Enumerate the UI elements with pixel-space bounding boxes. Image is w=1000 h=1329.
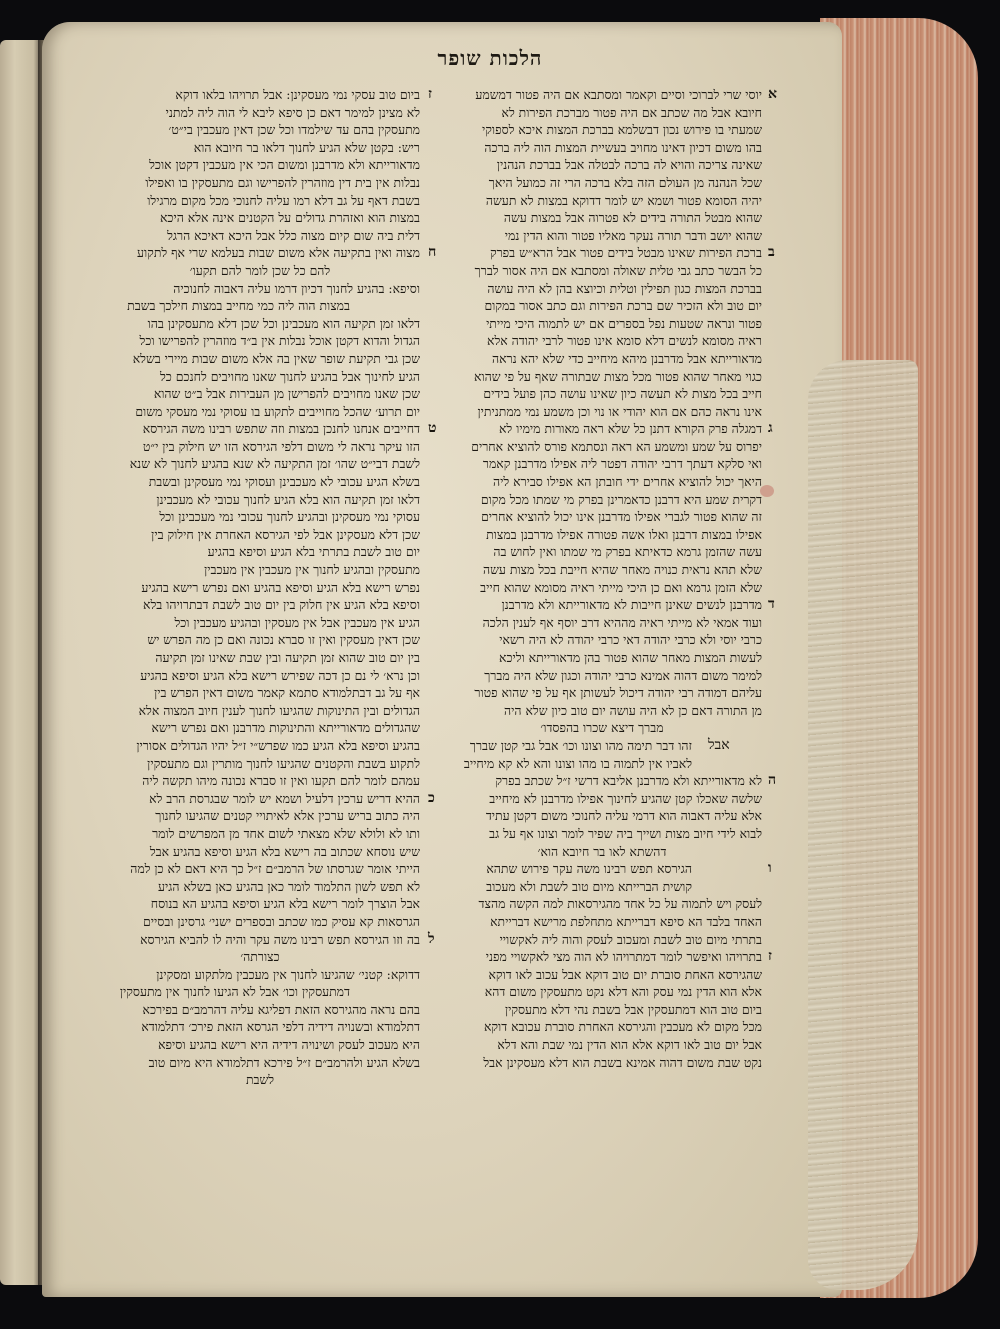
text-line: דמתעסקין וכו׳ אבל לא הגיעו לחנוך אין מתע… [100, 983, 420, 1001]
text-line: שלשה שאכלו קטן שהגיע לחינוך אפילו מדרבנן… [442, 790, 762, 808]
section-marker: ח [428, 244, 436, 261]
text-line: עשה שהזמן גרמא כדאיתא בפרק מי שמתו ואין … [442, 543, 762, 561]
text-line: שכן גבי תקיעת שופר שאין בה אלא משום שבות… [100, 350, 420, 368]
text-line: נפרש רישא בלא הגיע וסיפא בהגיע ואם נפרש … [100, 579, 420, 597]
text-line: לא תפש לשון התלמוד לומר כאן בהגיע כאן בש… [100, 878, 420, 896]
text-line: שכן דלא מעסקינן אבל לפי הגירסא האחרת אין… [100, 526, 420, 544]
text-line: בתרויהו ואיפשר לומר דמתרויהו לא הוה מצי … [442, 948, 762, 966]
section-marker: ה [768, 772, 776, 789]
text-line: לבוא לידי חיוב מצות ושייך ביה שפיר לומר … [442, 825, 762, 843]
text-line: מדרבנן לנשים שאינן חייבות לא מדאורייתא ו… [442, 596, 762, 614]
text-line: שכל הנהנה מן העולם הזה בלא ברכה הרי זה כ… [442, 174, 762, 192]
text-line: דלית ביה שום קיום מצוה כלל אבל היכא דאיכ… [100, 227, 420, 245]
text-line: ותו לא ולולא שלא מצאתי לשום אחד מן המפרש… [100, 825, 420, 843]
text-line: כגוי מאחר שהוא פטור מכל מצות שבתורה שאף … [442, 368, 762, 386]
text-line: בין יום טוב שהוא זמן תקיעה ובין שבת שאינ… [100, 649, 420, 667]
text-line: בשבת דאף על גב דלא רמו עליה לחנוכי מכל מ… [100, 192, 420, 210]
text-line: שלא תהא נראית כנויה מאחר שהיא חייבת בכל … [442, 561, 762, 579]
text-line: נקט שבת משום דהוה אמינא בשבת הוא דלא מעס… [442, 1054, 762, 1072]
text-column-right: יוסי שרי לברוכי וסיים וקאמר ומסתבא אם הי… [442, 86, 762, 1071]
text-line: אלא הוא הדין נמי עסק והא דלא נקט מתעסקין… [442, 983, 762, 1001]
text-line: מכל מקום לא מעכבין והגירסא האחרת סוברת ע… [442, 1018, 762, 1036]
text-line: עמהם לומר להם תקעו ואין זו סברא נכונה מי… [100, 772, 420, 790]
text-line: דהשתא לאו בר חיובא הוא׳ [442, 843, 762, 861]
text-line: מצוה ואין בתקיעה אלא משום שבות בעלמא שרי… [100, 244, 420, 262]
text-line: אבל הוצרך לומר רישא בלא הגיע וסיפא בהגיע… [100, 895, 420, 913]
text-line: מן התורה דאם כן לא היה עושה יום טוב כיון… [442, 702, 762, 720]
text-line: שמעתי בו פירוש נכון דבשלמא בברכת המצות א… [442, 121, 762, 139]
text-line: היה כתוב בריש ערכין אלא לאיתויי קטנים שה… [100, 807, 420, 825]
text-line: עליהם דמודה רבי יהודה דיכול לעשותן אף על… [442, 684, 762, 702]
text-line: שהוא מבטל התורה בידים לא פטרוה אבל במצות… [442, 209, 762, 227]
text-line: אלא עליה דאבוה הוא דרמי עליה לחנוכי משום… [442, 807, 762, 825]
text-line: וסיפא: בהגיע לחנוך דכיון דרמו עליה דאבוה… [100, 280, 420, 298]
text-line: דקרית שמע היא דרבנן כדאמרינן בפרק מי שמת… [442, 491, 762, 509]
text-line: שכן דאין מעסקין ואין זו סברא נכונה ואם כ… [100, 631, 420, 649]
page-header: הלכות שופר [380, 46, 600, 71]
facing-page-edge [0, 40, 42, 1285]
text-line: דלאו זמן תקיעה הוא מעכבינן וכל שכן דלא מ… [100, 315, 420, 333]
text-line: פטור ונראה שטעות נפל בספרים אם יש לתמוה … [442, 315, 762, 333]
text-line: בשלא הגיע עכובי לא מעכבינן ועסוקי נמי מע… [100, 473, 420, 491]
section-marker: ג [768, 420, 773, 437]
text-line: לא מדאורייתא ולא מדרבנן אליבא דרשי ז״ל ש… [442, 772, 762, 790]
text-line: ראיה מסומא לנשים דלא סומא אינו פטור לרבי… [442, 332, 762, 350]
text-line: חיובא אבל מה שכתב אם היה פטור מברכת הפיר… [442, 104, 762, 122]
text-line: עסוקי נמי מעסקינן ובהגיע לחנוך עכובי נמי… [100, 508, 420, 526]
text-line: שכן שאנו מחויבים להפרישן מן העבירות אבל … [100, 385, 420, 403]
text-line: שלא הזמן גרמא ואם כן היכי מייתי ראיה מסו… [442, 579, 762, 597]
text-line: שהגירסא האחת סוברת יום טוב דוקא אבל עכוב… [442, 966, 762, 984]
text-line: שהגדולים מדאורייתא והתינוקות מדרבנן ואם … [100, 719, 420, 737]
section-marker: א [768, 86, 777, 103]
text-line: מתעסקין ובהגיע לחנוך אין מעכבין אין מעכב… [100, 561, 420, 579]
ink-stain [760, 485, 774, 497]
text-line: בברכת המצות כגון תפילין וטלית וכיוצא בהן… [442, 280, 762, 298]
text-line: האחד בלבד הא סיפא דברייתא מתחלפת מרישא ד… [442, 913, 762, 931]
text-line: וכן נרא׳ לי נם כן דכה שפירש רישא בלא הגי… [100, 667, 420, 685]
section-marker: כ [428, 790, 435, 807]
text-line: כל הבשר כתב גבי טלית שאולה ומסתבא אם היה… [442, 262, 762, 280]
text-line: הגירסא תפש רבינו משה עקר פירוש שתהא [442, 860, 762, 878]
text-line: דמגלה פרק הקורא דתנן כל שלא ראה מאורות מ… [442, 420, 762, 438]
text-line: כצורתה׳ [100, 948, 420, 966]
text-line: דלאו זמן תקיעה הוא בלא הגיע לחנוך עכובי … [100, 491, 420, 509]
text-line: מברך דיצא שכרו בהפסדו׳ [442, 719, 762, 737]
text-line: דחייבים אנחנו לחנכן במצות וזה שתפש רבינו… [100, 420, 420, 438]
text-line: במצות הוה ליה כמי מחייב במצות חילכך בשבת [100, 297, 420, 315]
text-line: בתרתי מיום טוב לשבת ומעכוב לעסק והוה ליה… [442, 931, 762, 949]
text-line: ועוד אמאי לא מייתי ראיה מההיא דרב יוסף א… [442, 614, 762, 632]
text-line: בה וזו הגירסא תפש רבינו משה עקר והיה לו … [100, 931, 420, 949]
text-line: ברכת הפירות שאינו מבטל בידים פטור אבל הר… [442, 244, 762, 262]
text-line: לשבת דבי״ט שהו׳ זמן התקיעה לא שנא בהגיע … [100, 455, 420, 473]
section-marker: ב [768, 244, 775, 261]
catchword: אבל [708, 737, 730, 754]
text-line: הייתי אומר שגרסתו של הרמב״ם ז״ל כך היא ד… [100, 860, 420, 878]
text-line: זה שהוא פטור לגברי אפילו מדרבנן אינו יכו… [442, 508, 762, 526]
text-line: כרבי יוסי ולא כרבי יהודה דאי כרבי יהודה … [442, 631, 762, 649]
text-line: אבל יום טוב לאו דוקא אלא הוא הדין נמי שב… [442, 1036, 762, 1054]
text-line: היאך יכול להוציא אחרים ידי חובתן הא אפיל… [442, 473, 762, 491]
text-line: יפרוס על שמע ומשמע הא ראה ונסתמא פורס לה… [442, 438, 762, 456]
text-line: לעשות המצות מאחר שהוא פטור בהן מדאורייתא… [442, 649, 762, 667]
text-line: חייב בכל מצות לא תעשה כיון שאינו עושה כה… [442, 385, 762, 403]
text-line: בהגיע וסיפא בלא הגיע כמו שפרש״י ז״ל יהיו… [100, 737, 420, 755]
text-line: מדאורייתא אבל מדרבנן מיהא מיחייב כדי שלא… [442, 350, 762, 368]
text-line: ואי סלקא דעתך דרבי יהודה דפטר ליה אפילו … [442, 455, 762, 473]
text-line: יוסי שרי לברוכי וסיים וקאמר ומסתבא אם הי… [442, 86, 762, 104]
text-line: הגרסאות קא עסיק כמו שכתב ובספרים ישני׳ ג… [100, 913, 420, 931]
text-line: בהו משום דכיון דאינו מחויב בעשיית המצות … [442, 139, 762, 157]
section-marker: ז [768, 948, 772, 965]
section-marker: ו [768, 860, 772, 877]
text-line: ביום טוב הוא דמתעסקין אבל בשבת נהי דלא מ… [442, 1001, 762, 1019]
text-line: נבלות אין בית דין מוזהרין להפרישו וגם מת… [100, 174, 420, 192]
text-line: יום טוב לשבת בתרתי בלא הגיע וסיפא בהגיע [100, 543, 420, 561]
text-line: יום טוב ולא הזכיר שם ברכת הפירות וגם כתב… [442, 297, 762, 315]
text-line: הגדול והדוא דקטן אוכל נבלות אין ב״ד מוזה… [100, 332, 420, 350]
frayed-page-edge [808, 360, 918, 1290]
text-line: לשבת [100, 1071, 420, 1089]
text-line: בהם נראה מהגירסא הזאת דפליגא עליה דהרמב״… [100, 1001, 420, 1019]
text-line: יום תרוע׳ שהכל מחוייבים לתקוע בו עסוקי נ… [100, 403, 420, 421]
text-line: למימר משום דהוה אמינא כרבי יהודה וכגון ש… [442, 667, 762, 685]
text-line: ההיא דריש ערכין דלעיל ושמא יש לומר שבגרס… [100, 790, 420, 808]
text-line: אינו נראה כהם אם הוא יהודי או נוי וכן מש… [442, 403, 762, 421]
text-line: וסיפא בלא הגיע אין חלוק בין יום טוב לשבת… [100, 596, 420, 614]
text-line: הגדולים ובין התינוקות שהגיעו לחנוך לענין… [100, 702, 420, 720]
text-line: לתקוע בשבת והקטנים שהגיעו לחנוך מותרין ו… [100, 755, 420, 773]
text-column-left: ביום טוב עסקי נמי מעסקינן: אבל תרויהו בל… [100, 86, 420, 1089]
text-line: בשלא הגיע ולהרמב״ם ז״ל פירכא דתלמודא היא… [100, 1054, 420, 1072]
text-line: במצות הוא ואזהרת גדולים על הקטנים אינה א… [100, 209, 420, 227]
text-line: ריש: בקטן שלא הגיע לחנוך דלאו בר חיובא ה… [100, 139, 420, 157]
text-line: לאביו אין לתמוה בו מהו וצונו והא לא קא מ… [442, 755, 762, 773]
text-line: מדאורייתא ולא מדרבנן ומשום הכי אין מעכבי… [100, 156, 420, 174]
text-line: יהיה הסומא פטור ושמא יש לומר דדוקא במצות… [442, 192, 762, 210]
text-line: להם כל שכן לומר להם תקעו׳ [100, 262, 420, 280]
section-marker: ד [768, 596, 775, 613]
text-line: לא מצינן למימר דאם כן סיפא ליבא לי הוה ל… [100, 104, 420, 122]
text-line: שהוא יושב ודבר תורה נעקר מאליו פטור והוא… [442, 227, 762, 245]
text-line: הזו עיקר נראה לי משום דלפי הגירסא הזו יש… [100, 438, 420, 456]
text-line: ביום טוב עסקי נמי מעסקינן: אבל תרויהו בל… [100, 86, 420, 104]
text-line: שיש נוסחא שכתוב בה רישא בלא הגיע וסיפא ב… [100, 843, 420, 861]
text-line: היא מעכוב לעסק ושינויה דידיה היא רישא בה… [100, 1036, 420, 1054]
text-line: שאינה צריכה והויא לה ברכה לבטלה אבל בברכ… [442, 156, 762, 174]
text-line: קושית הברייתא מיום טוב לשבת ולא מעכוב [442, 878, 762, 896]
section-marker: ל [428, 931, 435, 948]
text-line: דדוקא: קטני׳ שהגיעו לחנוך אין מעכבין מלת… [100, 966, 420, 984]
section-marker: ז [428, 86, 432, 103]
text-line: אפילו במצות דרבנן ואלו אשה פטורה אפילו מ… [442, 526, 762, 544]
text-line: דתלמודא ובשנויה דידיה דלפי הגרסא הזאת פי… [100, 1018, 420, 1036]
text-line: מתעסקין בהם עד שילמדו וכל שכן דאין מעכבי… [100, 121, 420, 139]
text-line: לעסק ויש לתמוה על כל אחד מהגירסאות למה ה… [442, 895, 762, 913]
section-marker: ט [428, 420, 436, 437]
text-line: הגיע אין מעכבין אבל אין מעסקין ובהגיע מע… [100, 614, 420, 632]
text-line: אף על גב דבתלמודא סתמא קאמר משום דאין הפ… [100, 684, 420, 702]
text-line: הגיע לחינוך אבל בהגיע לחנוך שאנו מחויבים… [100, 368, 420, 386]
